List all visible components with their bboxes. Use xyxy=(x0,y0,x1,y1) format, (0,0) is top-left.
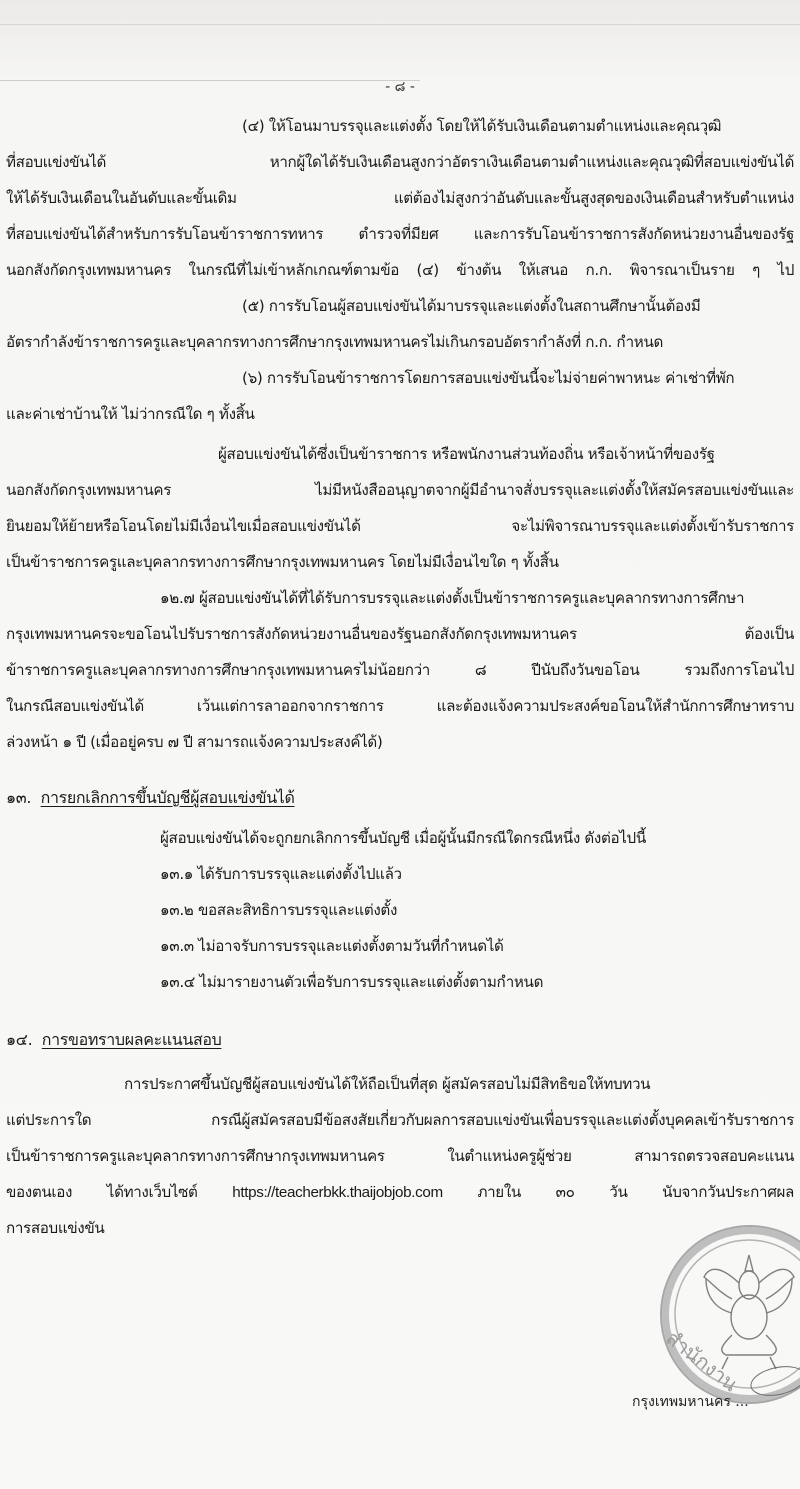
section-13-intro: ผู้สอบแข่งขันได้จะถูกยกเลิกการขึ้นบัญชี … xyxy=(160,828,646,848)
paragraph-line: ข้าราชการครูและบุคลากรทางการศึกษากรุงเทพ… xyxy=(6,660,794,680)
page-number: - ๘ - xyxy=(0,76,800,98)
section-number: ๑๔. xyxy=(6,1030,32,1049)
section-title: การยกเลิกการขึ้นบัญชีผู้สอบแข่งขันได้ xyxy=(41,788,295,807)
paragraph-line: และค่าเช่าบ้านให้ ไม่ว่ากรณีใด ๆ ทั้งสิ้… xyxy=(6,404,255,424)
paragraph-line: (๔) ให้โอนมาบรรจุและแต่งตั้ง โดยให้ได้รั… xyxy=(242,116,721,136)
section-13-heading: ๑๓. การยกเลิกการขึ้นบัญชีผู้สอบแข่งขันได… xyxy=(6,788,295,808)
text-fragment: ของตนเอง ได้ทางเว็บไซต์ xyxy=(6,1183,232,1201)
paragraph-line: ยินยอมให้ย้ายหรือโอนโดยไม่มีเงื่อนไขเมื่… xyxy=(6,516,794,536)
paragraph-line: ล่วงหน้า ๑ ปี (เมื่ออยู่ครบ ๗ ปี สามารถแ… xyxy=(6,732,383,752)
list-item: ๑๓.๔ ไม่มารายงานตัวเพื่อรับการบรรจุและแต… xyxy=(160,972,543,992)
paragraph-line: กรุงเทพมหานครจะขอโอนไปรับราชการสังกัดหน่… xyxy=(6,624,794,644)
website-link[interactable]: https://teacherbkk.thaijobjob.com xyxy=(232,1184,442,1201)
paragraph-line: การประกาศขึ้นบัญชีผู้สอบแข่งขันได้ให้ถือ… xyxy=(124,1074,650,1094)
paragraph-line: ที่สอบแข่งขันได้สำหรับการรับโอนข้าราชการ… xyxy=(6,224,794,244)
official-seal: สำนักงาน xyxy=(660,1225,800,1404)
paragraph-line: เป็นข้าราชการครูและบุคลากรทางการศึกษากรุ… xyxy=(6,552,559,572)
paragraph-line: ๑๒.๗ ผู้สอบแข่งขันได้ที่ได้รับการบรรจุแล… xyxy=(160,588,744,608)
paragraph-line: ให้ได้รับเงินเดือนในอันดับและขั้นเดิม แต… xyxy=(6,188,794,208)
paragraph-line: เป็นข้าราชการครูและบุคลากรทางการศึกษากรุ… xyxy=(6,1146,794,1166)
section-title: การขอทราบผลคะแนนสอบ xyxy=(42,1030,222,1049)
paragraph-line: การสอบแข่งขัน xyxy=(6,1218,104,1238)
paragraph-line: แต่ประการใด กรณีผู้สมัครสอบมีข้อสงสัยเกี… xyxy=(6,1110,794,1130)
list-item: ๑๓.๒ ขอสละสิทธิการบรรจุและแต่งตั้ง xyxy=(160,900,397,920)
section-number: ๑๓. xyxy=(6,788,31,807)
paragraph-line: ที่สอบแข่งขันได้ หากผู้ใดได้รับเงินเดือน… xyxy=(6,152,794,172)
list-item: ๑๓.๓ ไม่อาจรับการบรรจุและแต่งตั้งตามวันท… xyxy=(160,936,504,956)
paragraph-line: ของตนเอง ได้ทางเว็บไซต์ https://teacherb… xyxy=(6,1182,794,1203)
paragraph-line: ผู้สอบแข่งขันได้ซึ่งเป็นข้าราชการ หรือพน… xyxy=(218,444,715,464)
paragraph-line: (๖) การรับโอนข้าราชการโดยการสอบแข่งขันนี… xyxy=(242,368,734,388)
continuation-text: กรุงเทพมหานคร ... xyxy=(632,1391,749,1413)
list-item: ๑๓.๑ ได้รับการบรรจุและแต่งตั้งไปแล้ว xyxy=(160,864,402,884)
paragraph-line: นอกสังกัดกรุงเทพมหานคร ในกรณีที่ไม่เข้าห… xyxy=(6,260,794,280)
document-page: - ๘ - (๔) ให้โอนมาบรรจุและแต่งตั้ง โดยให… xyxy=(0,0,800,1489)
text-fragment: ภายใน ๓๐ วัน นับจากวันประกาศผล xyxy=(443,1183,794,1201)
paragraph-line: นอกสังกัดกรุงเทพมหานคร ไม่มีหนังสืออนุญา… xyxy=(6,480,794,500)
paragraph-line: ในกรณีสอบแข่งขันได้ เว้นแต่การลาออกจากรา… xyxy=(6,696,794,716)
paragraph-line: (๕) การรับโอนผู้สอบแข่งขันได้มาบรรจุและแ… xyxy=(242,296,700,316)
scan-edge xyxy=(0,24,800,25)
section-14-heading: ๑๔. การขอทราบผลคะแนนสอบ xyxy=(6,1030,221,1050)
paragraph-line: อัตรากำลังข้าราชการครูและบุคลากรทางการศึ… xyxy=(6,332,663,352)
